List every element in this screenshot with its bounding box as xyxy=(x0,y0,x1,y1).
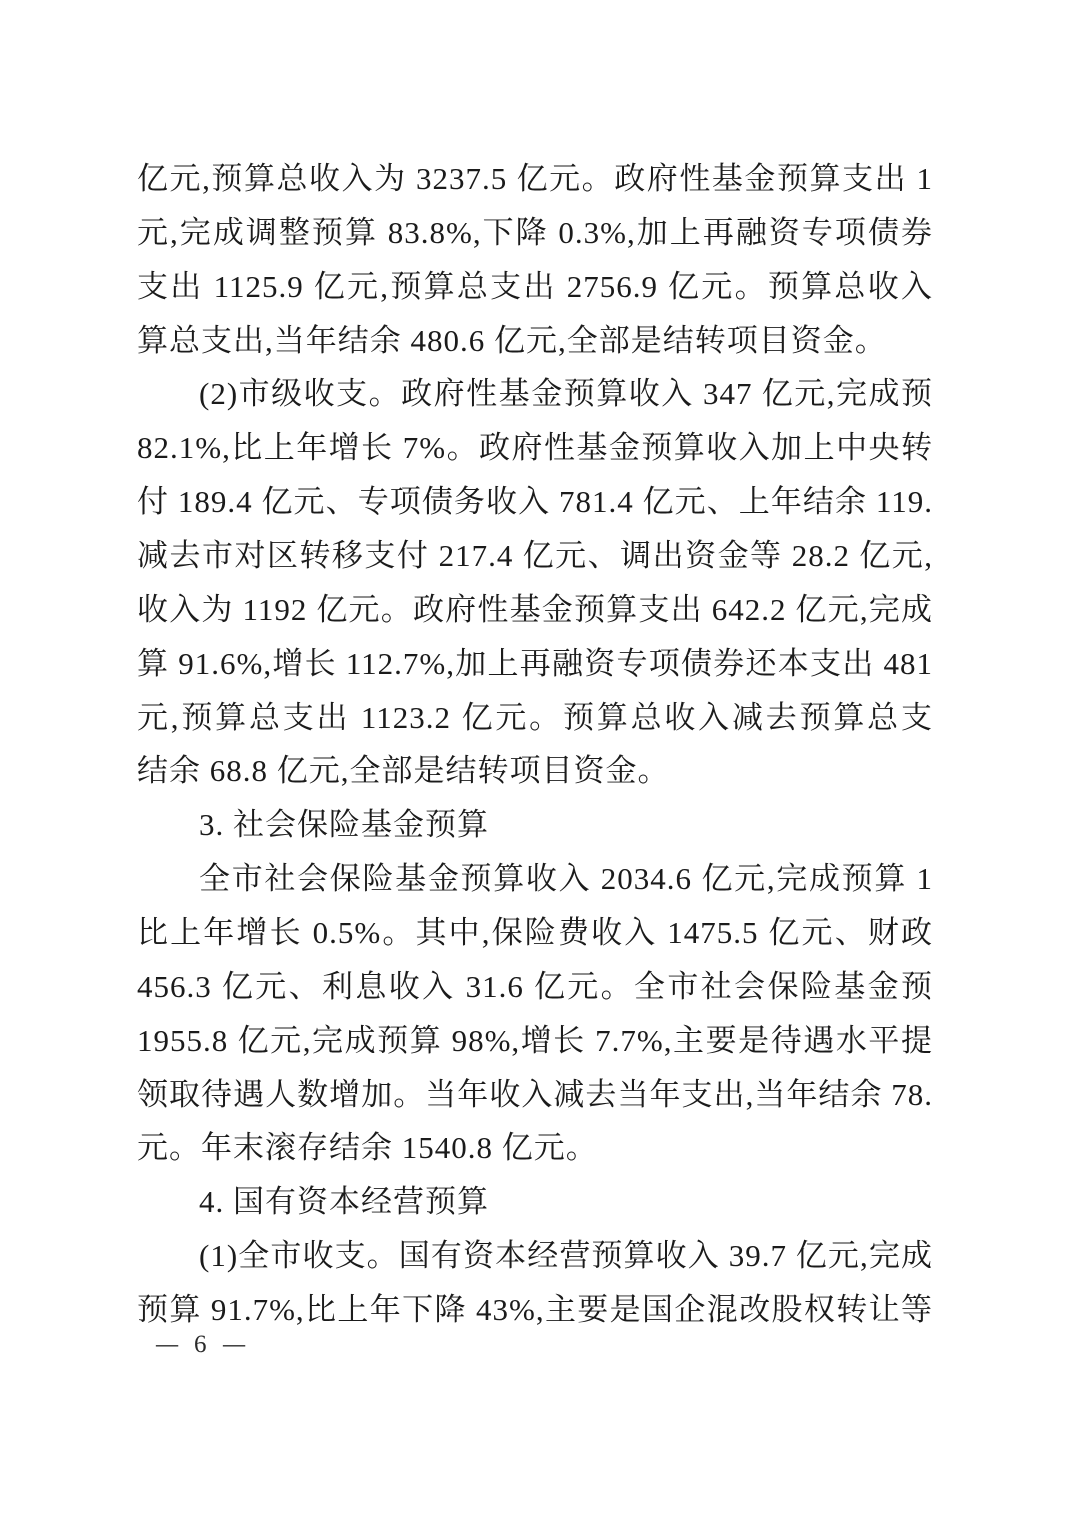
text-line: 比上年增长 0.5%。其中,保险费收入 1475.5 亿元、财政补贴 xyxy=(137,906,933,960)
page-footer: —6— xyxy=(154,1328,247,1361)
text-line: 算总支出,当年结余 480.6 亿元,全部是结转项目资金。 xyxy=(137,314,933,368)
text-line: 亿元,预算总收入为 3237.5 亿元。政府性基金预算支出 1631 亿 xyxy=(137,152,933,206)
text-line: 支出 1125.9 亿元,预算总支出 2756.9 亿元。预算总收入减去预 xyxy=(137,260,933,314)
text-line: 全市社会保险基金预算收入 2034.6 亿元,完成预算 101%, xyxy=(137,852,933,906)
text-line: (1)全市收支。国有资本经营预算收入 39.7 亿元,完成调整 xyxy=(137,1229,933,1283)
text-line: 付 189.4 亿元、专项债务收入 781.4 亿元、上年结余 119.8 亿元… xyxy=(137,475,933,529)
text-line: (2)市级收支。政府性基金预算收入 347 亿元,完成预算 xyxy=(137,367,933,421)
text-line: 元。年末滚存结余 1540.8 亿元。 xyxy=(137,1121,933,1175)
text-line: 减去市对区转移支付 217.4 亿元、调出资金等 28.2 亿元,预算总 xyxy=(137,529,933,583)
text-line: 结余 68.8 亿元,全部是结转项目资金。 xyxy=(137,744,933,798)
page-number: 6 xyxy=(194,1329,207,1361)
footer-dash-left: — xyxy=(156,1328,178,1360)
text-line: 元,预算总支出 1123.2 亿元。预算总收入减去预算总支出,当年 xyxy=(137,691,933,745)
section-heading-state-capital: 4. 国有资本经营预算 xyxy=(137,1175,933,1229)
text-line: 456.3 亿元、利息收入 31.6 亿元。全市社会保险基金预算支出 xyxy=(137,960,933,1014)
text-line: 元,完成调整预算 83.8%,下降 0.3%,加上再融资专项债券还本 xyxy=(137,206,933,260)
section-heading-social-insurance: 3. 社会保险基金预算 xyxy=(137,798,933,852)
text-line: 预算 91.7%,比上年下降 43%,主要是国企混改股权转让等一次 xyxy=(137,1283,933,1337)
footer-dash-right: — xyxy=(222,1328,244,1360)
text-line: 算 91.6%,增长 112.7%,加上再融资专项债券还本支出 481 亿 xyxy=(137,637,933,691)
text-line: 82.1%,比上年增长 7%。政府性基金预算收入加上中央转移支 xyxy=(137,421,933,475)
document-page: 亿元,预算总收入为 3237.5 亿元。政府性基金预算支出 1631 亿 元,完… xyxy=(0,0,1074,1520)
text-line: 1955.8 亿元,完成预算 98%,增长 7.7%,主要是待遇水平提高和 xyxy=(137,1014,933,1068)
page-body-text: 亿元,预算总收入为 3237.5 亿元。政府性基金预算支出 1631 亿 元,完… xyxy=(137,152,933,1337)
text-line: 收入为 1192 亿元。政府性基金预算支出 642.2 亿元,完成调整预 xyxy=(137,583,933,637)
text-line: 领取待遇人数增加。当年收入减去当年支出,当年结余 78.8 亿 xyxy=(137,1068,933,1122)
